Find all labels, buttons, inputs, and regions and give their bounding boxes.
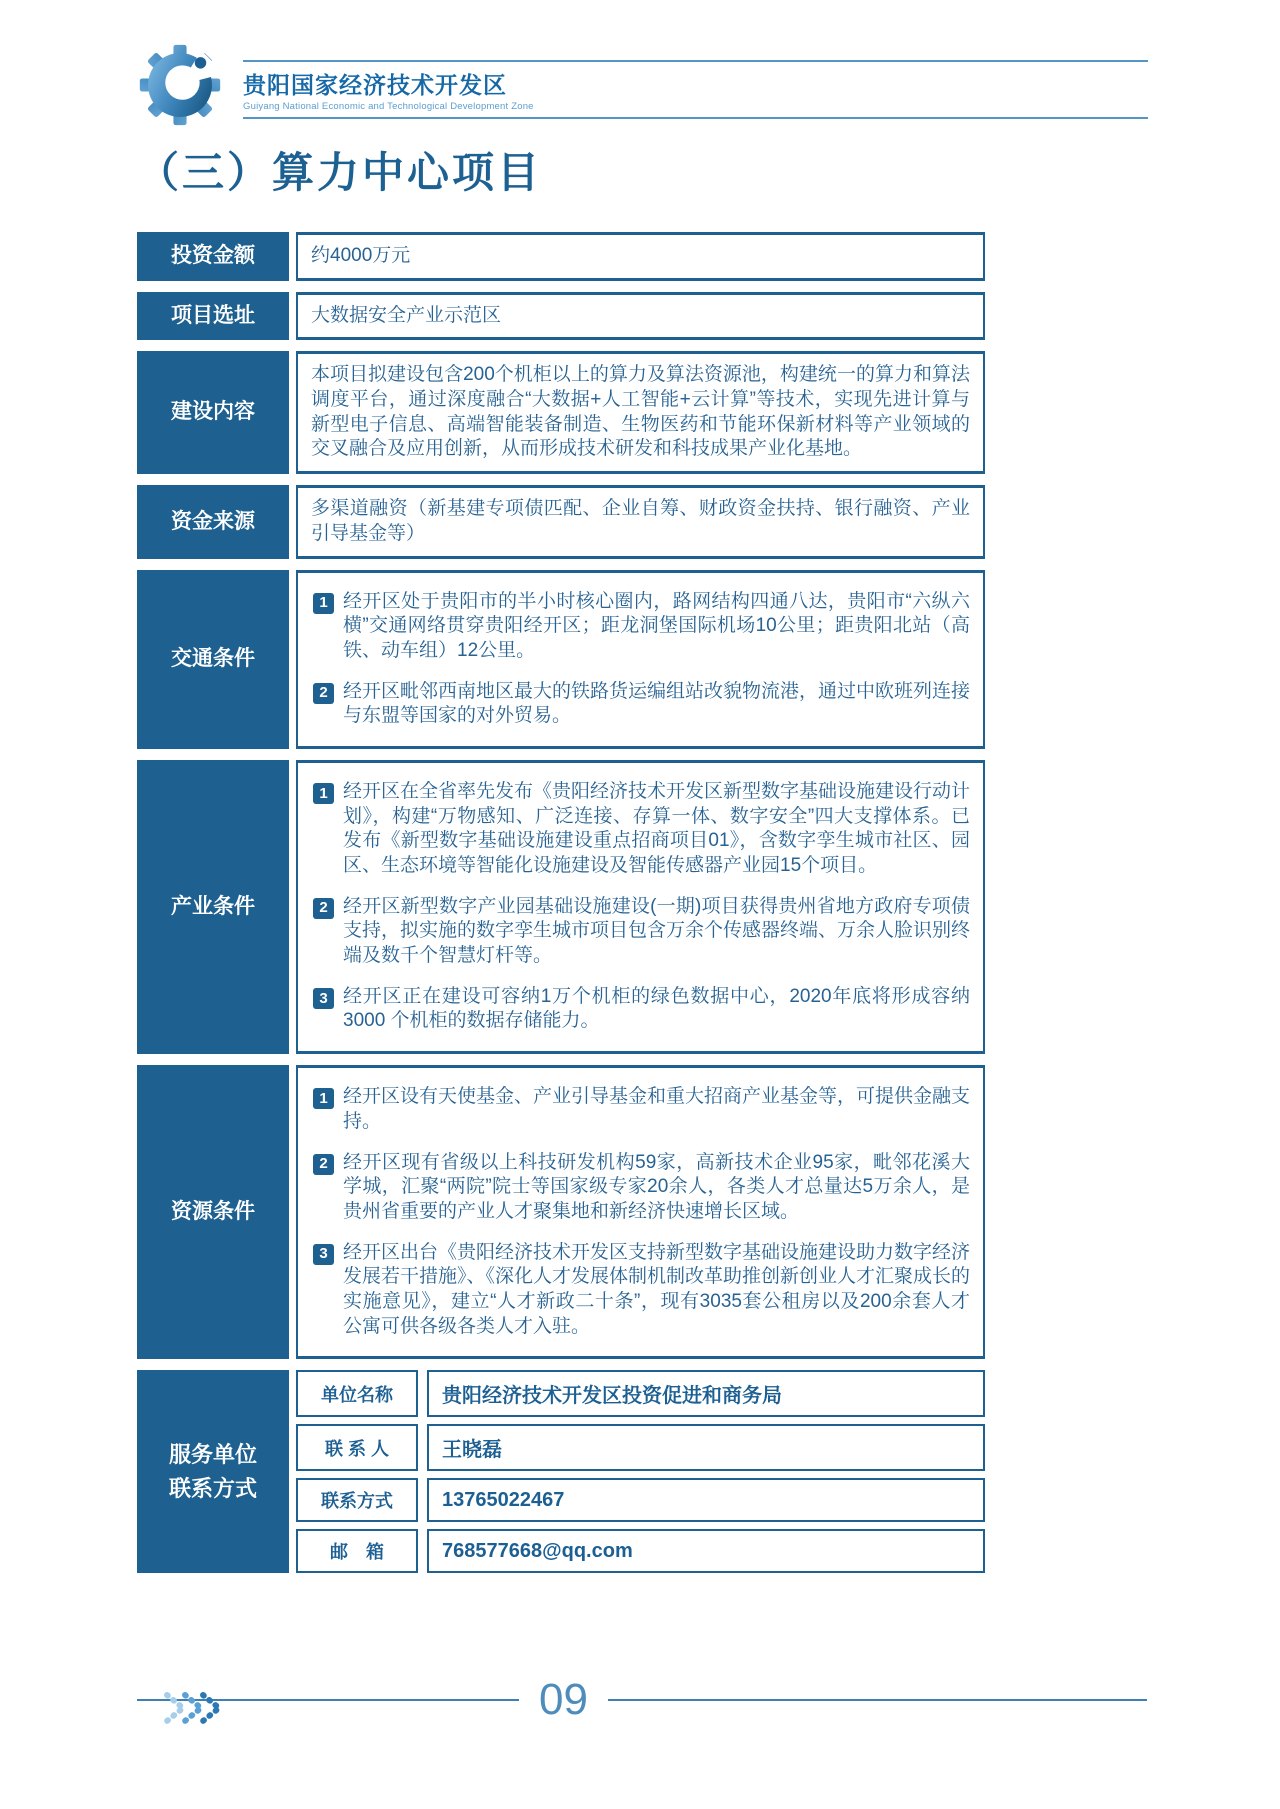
header-bottom-rule [243,117,1148,119]
row-contact-label: 服务单位 联系方式 [137,1370,289,1573]
contact-row-person: 联 系 人 王晓磊 [296,1424,985,1471]
main-content: （三）算力中心项目 投资金额 约4000万元 项目选址 大数据安全产业示范区 建… [137,140,985,1584]
row-industry-label: 产业条件 [137,760,289,1054]
gear-icon [138,44,222,126]
item-text: 经开区出台《贵阳经济技术开发区支持新型数字基础设施建设助力数字经济发展若干措施》… [343,1241,970,1340]
contact-row-unit: 单位名称 贵阳经济技术开发区投资促进和商务局 [296,1370,985,1417]
item-number-badge: 1 [313,593,334,614]
row-funding-value: 多渠道融资（新基建专项债匹配、企业自筹、财政资金扶持、银行融资、产业引导基金等） [311,497,970,546]
contact-key-email: 邮 箱 [296,1529,418,1573]
contact-label-line2: 联系方式 [169,1476,257,1501]
item-number-badge: 1 [313,1088,334,1109]
item-text: 经开区处于贵阳市的半小时核心圈内，路网结构四通八达，贵阳市“六纵六横”交通网络贯… [343,590,970,664]
item-number-badge: 3 [313,988,334,1009]
org-name-en: Guiyang National Economic and Technologi… [243,101,1148,112]
list-item: 3 经开区正在建设可容纳1万个机柜的绿色数据中心，2020年底将形成容纳3000… [311,985,970,1034]
contact-value-unit: 贵阳经济技术开发区投资促进和商务局 [427,1370,985,1417]
contact-value-email: 768577668@qq.com [427,1529,985,1573]
row-traffic: 交通条件 1 经开区处于贵阳市的半小时核心圈内，路网结构四通八达，贵阳市“六纵六… [137,570,985,749]
header-top-rule [243,60,1148,62]
row-resources-label: 资源条件 [137,1065,289,1359]
item-text: 经开区正在建设可容纳1万个机柜的绿色数据中心，2020年底将形成容纳3000 个… [343,985,970,1034]
list-item: 1 经开区设有天使基金、产业引导基金和重大招商产业基金等，可提供金融支持。 [311,1085,970,1134]
item-number-badge: 3 [313,1244,334,1265]
item-text: 经开区现有省级以上科技研发机构59家，高新技术企业95家，毗邻花溪大学城，汇聚“… [343,1151,970,1225]
item-text: 经开区毗邻西南地区最大的铁路货运编组站改貌物流港，通过中欧班列连接与东盟等国家的… [343,680,970,729]
row-funding: 资金来源 多渠道融资（新基建专项债匹配、企业自筹、财政资金扶持、银行融资、产业引… [137,485,985,558]
chevrons-right-icon [159,1690,231,1731]
contact-row-email: 邮 箱 768577668@qq.com [296,1529,985,1573]
row-construction: 建设内容 本项目拟建设包含200个机柜以上的算力及算法资源池，构建统一的算力和算… [137,351,985,474]
row-location-label: 项目选址 [137,292,289,341]
item-text: 经开区设有天使基金、产业引导基金和重大招商产业基金等，可提供金融支持。 [343,1085,970,1134]
page-number: 09 [519,1678,608,1722]
list-item: 1 经开区处于贵阳市的半小时核心圈内，路网结构四通八达，贵阳市“六纵六横”交通网… [311,590,970,664]
row-location-value: 大数据安全产业示范区 [311,304,970,329]
item-number-badge: 2 [313,683,334,704]
footer: 09 [137,1678,1147,1738]
page-title: （三）算力中心项目 [137,140,985,200]
list-item: 2 经开区新型数字产业园基础设施建设(一期)项目获得贵州省地方政府专项债支持，拟… [311,895,970,969]
row-location: 项目选址 大数据安全产业示范区 [137,292,985,341]
contact-row-phone: 联系方式 13765022467 [296,1478,985,1522]
row-funding-label: 资金来源 [137,485,289,558]
row-construction-value: 本项目拟建设包含200个机柜以上的算力及算法资源池，构建统一的算力和算法调度平台… [311,363,970,462]
row-investment-value: 约4000万元 [311,244,970,269]
org-name-zh: 贵阳国家经济技术开发区 [243,67,1148,100]
list-item: 1 经开区在全省率先发布《贵阳经济技术开发区新型数字基础设施建设行动计划》，构建… [311,780,970,879]
header: 贵阳国家经济技术开发区 Guiyang National Economic an… [243,60,1148,119]
row-traffic-label: 交通条件 [137,570,289,749]
list-item: 2 经开区现有省级以上科技研发机构59家，高新技术企业95家，毗邻花溪大学城，汇… [311,1151,970,1225]
contact-key-unit: 单位名称 [296,1370,418,1417]
list-item: 2 经开区毗邻西南地区最大的铁路货运编组站改貌物流港，通过中欧班列连接与东盟等国… [311,680,970,729]
contact-key-phone: 联系方式 [296,1478,418,1522]
contact-label-line1: 服务单位 [169,1442,257,1467]
row-construction-label: 建设内容 [137,351,289,474]
row-contact: 服务单位 联系方式 单位名称 贵阳经济技术开发区投资促进和商务局 联 系 人 王… [137,1370,985,1573]
contact-value-phone: 13765022467 [427,1478,985,1522]
row-resources: 资源条件 1 经开区设有天使基金、产业引导基金和重大招商产业基金等，可提供金融支… [137,1065,985,1359]
footer-rule-right [608,1699,1147,1701]
list-item: 3 经开区出台《贵阳经济技术开发区支持新型数字基础设施建设助力数字经济发展若干措… [311,1241,970,1340]
contact-key-person: 联 系 人 [296,1424,418,1471]
item-number-badge: 2 [313,1154,334,1175]
row-industry: 产业条件 1 经开区在全省率先发布《贵阳经济技术开发区新型数字基础设施建设行动计… [137,760,985,1054]
item-text: 经开区新型数字产业园基础设施建设(一期)项目获得贵州省地方政府专项债支持，拟实施… [343,895,970,969]
item-number-badge: 2 [313,898,334,919]
item-number-badge: 1 [313,783,334,804]
contact-value-person: 王晓磊 [427,1424,985,1471]
item-text: 经开区在全省率先发布《贵阳经济技术开发区新型数字基础设施建设行动计划》，构建“万… [343,780,970,879]
row-investment: 投资金额 约4000万元 [137,232,985,281]
row-investment-label: 投资金额 [137,232,289,281]
